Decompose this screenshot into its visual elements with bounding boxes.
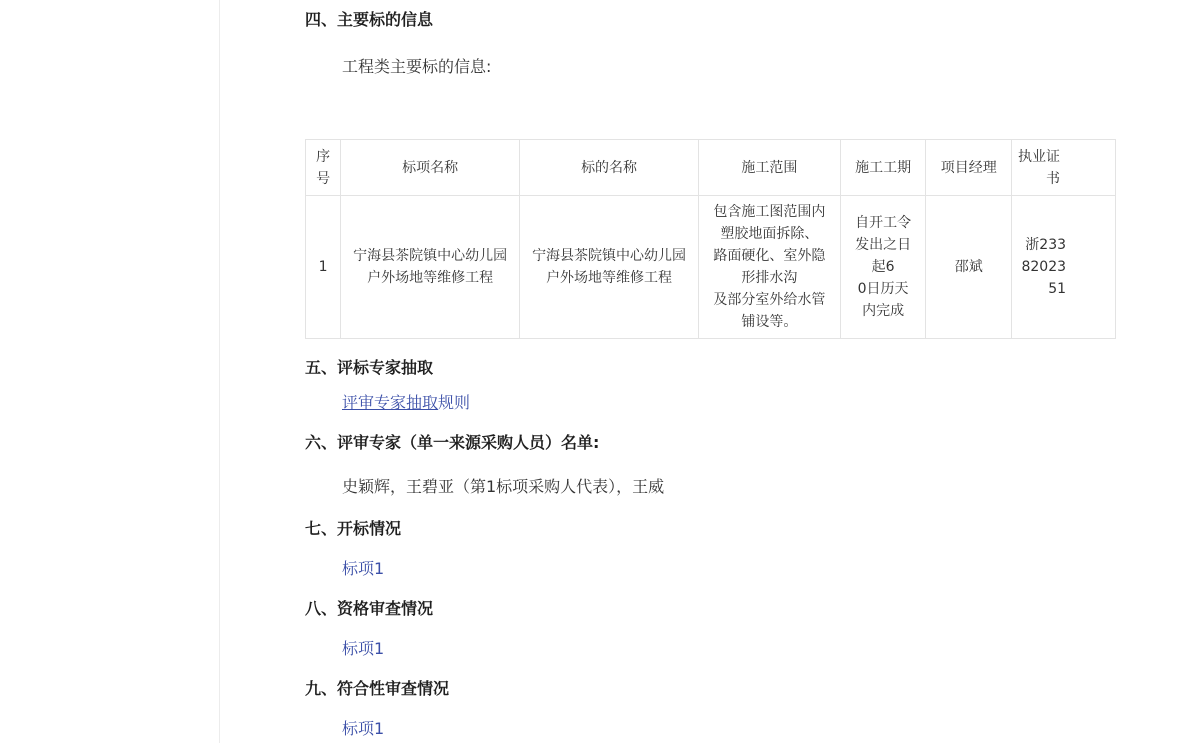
table-header-row: 序号 标项名称 标的名称 施工范围 施工工期 项目经理 执业证书 (306, 140, 1116, 196)
section-5-title: 五、评标专家抽取 (305, 357, 433, 379)
cell-lot-name: 宁海县茶院镇中心幼儿园户外场地等维修工程 (341, 196, 520, 339)
section-7-title: 七、开标情况 (305, 518, 401, 540)
header-subject-name: 标的名称 (520, 140, 699, 196)
header-cert: 执业证书 (1012, 140, 1116, 196)
header-manager: 项目经理 (926, 140, 1012, 196)
section-8-title: 八、资格审查情况 (305, 598, 433, 620)
section-9-title: 九、符合性审查情况 (305, 678, 449, 700)
table-row: 1 宁海县茶院镇中心幼儿园户外场地等维修工程 宁海县茶院镇中心幼儿园户外场地等维… (306, 196, 1116, 339)
section-4-intro: 工程类主要标的信息: (342, 56, 491, 78)
opening-lot-1-link[interactable]: 标项1 (342, 558, 384, 580)
header-lot-name: 标项名称 (341, 140, 520, 196)
subject-table: 序号 标项名称 标的名称 施工范围 施工工期 项目经理 执业证书 1 宁海县茶院… (305, 139, 1116, 339)
subject-table-scroll[interactable]: 序号 标项名称 标的名称 施工范围 施工工期 项目经理 执业证书 1 宁海县茶院… (305, 139, 1116, 339)
expert-list-text: 史颖辉，王碧亚（第1标项采购人代表），王威 (342, 476, 664, 498)
cell-cert: 浙233 82023 51 (1012, 196, 1116, 339)
cell-seq: 1 (306, 196, 341, 339)
cell-manager: 邵斌 (926, 196, 1012, 339)
conformity-lot-1-link[interactable]: 标项1 (342, 718, 384, 740)
expert-selection-rules-link[interactable]: 评审专家抽取规则 (342, 392, 470, 414)
cell-subject-name: 宁海县茶院镇中心幼儿园户外场地等维修工程 (520, 196, 699, 339)
section-4-title: 四、主要标的信息 (305, 9, 433, 31)
cell-period: 自开工令 发出之日 起6 0日历天 内完成 (840, 196, 926, 339)
header-scope: 施工范围 (699, 140, 841, 196)
left-divider (219, 0, 220, 743)
header-period: 施工工期 (840, 140, 926, 196)
cell-scope: 包含施工图范围内 塑胶地面拆除、 路面硬化、室外隐 形排水沟 及部分室外给水管 … (699, 196, 841, 339)
section-6-title: 六、评审专家（单一来源采购人员）名单: (305, 432, 599, 454)
qualification-lot-1-link[interactable]: 标项1 (342, 638, 384, 660)
header-seq: 序号 (306, 140, 341, 196)
